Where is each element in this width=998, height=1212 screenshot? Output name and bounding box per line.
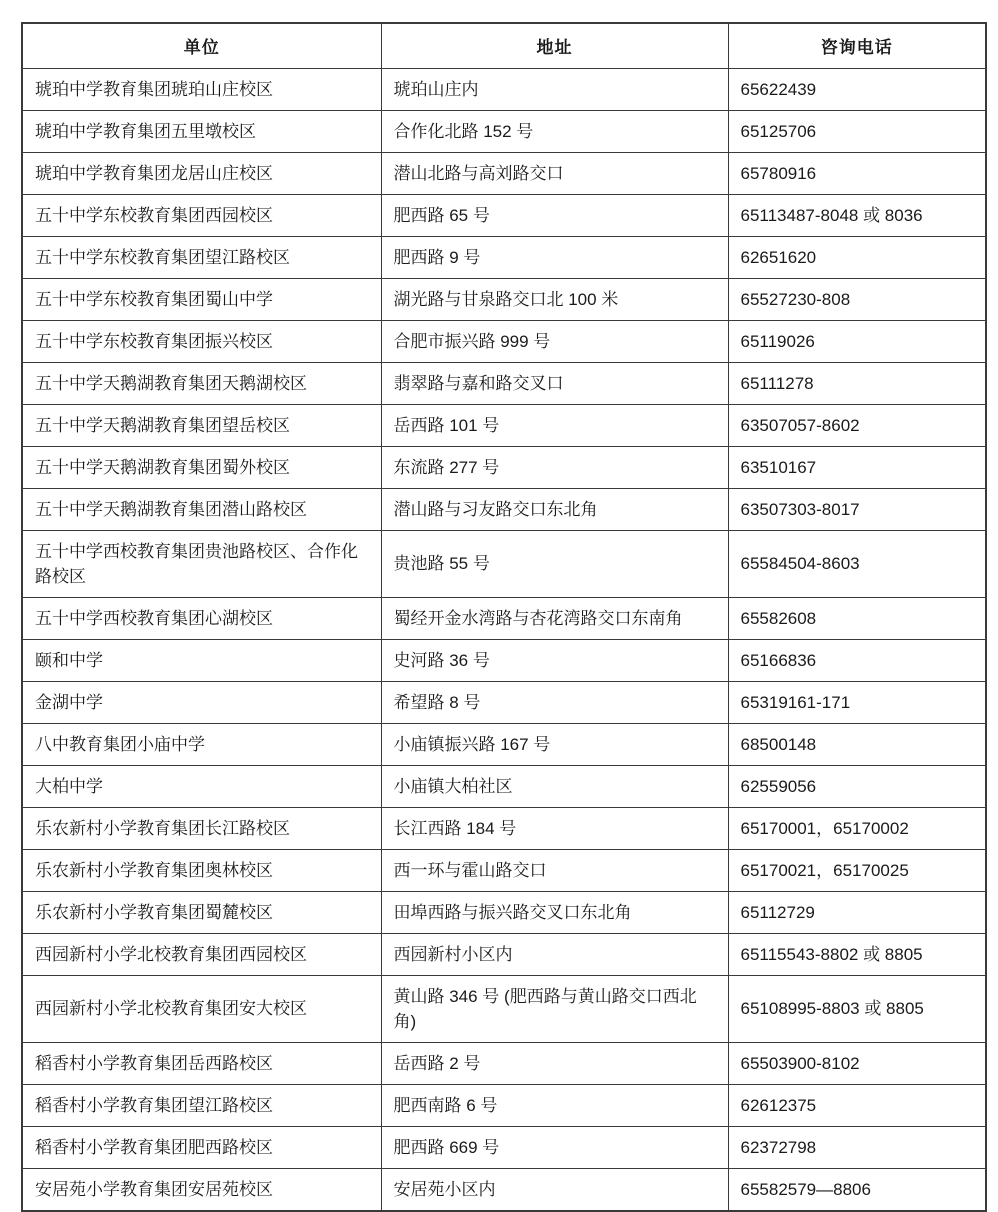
phone-cell: 62612375	[728, 1084, 986, 1126]
phone-cell: 68500148	[728, 723, 986, 765]
table-row: 琥珀中学教育集团龙居山庄校区 潜山北路与高刘路交口 65780916	[22, 152, 986, 194]
table-row: 西园新村小学北校教育集团安大校区 黄山路 346 号 (肥西路与黄山路交口西北角…	[22, 975, 986, 1042]
address-cell: 潜山路与习友路交口东北角	[381, 488, 728, 530]
phone-cell: 65527230-808	[728, 278, 986, 320]
unit-cell: 五十中学西校教育集团贵池路校区、合作化路校区	[22, 530, 381, 597]
school-contact-table-wrapper: 单位 地址 咨询电话 琥珀中学教育集团琥珀山庄校区 琥珀山庄内 65622439…	[21, 22, 985, 1212]
address-cell: 希望路 8 号	[381, 681, 728, 723]
table-row: 稻香村小学教育集团岳西路校区 岳西路 2 号 65503900-8102	[22, 1042, 986, 1084]
unit-cell: 五十中学东校教育集团蜀山中学	[22, 278, 381, 320]
table-row: 稻香村小学教育集团望江路校区 肥西南路 6 号 62612375	[22, 1084, 986, 1126]
address-cell: 黄山路 346 号 (肥西路与黄山路交口西北角)	[381, 975, 728, 1042]
table-header: 单位 地址 咨询电话	[22, 23, 986, 68]
header-phone: 咨询电话	[728, 23, 986, 68]
unit-cell: 琥珀中学教育集团五里墩校区	[22, 110, 381, 152]
address-cell: 长江西路 184 号	[381, 807, 728, 849]
phone-cell: 65113487-8048 或 8036	[728, 194, 986, 236]
phone-cell: 62559056	[728, 765, 986, 807]
phone-cell: 65108995-8803 或 8805	[728, 975, 986, 1042]
table-row: 五十中学西校教育集团心湖校区 蜀经开金水湾路与杏花湾路交口东南角 6558260…	[22, 597, 986, 639]
unit-cell: 琥珀中学教育集团琥珀山庄校区	[22, 68, 381, 110]
table-row: 安居苑小学教育集团安居苑校区 安居苑小区内 65582579—8806	[22, 1168, 986, 1211]
table-row: 金湖中学 希望路 8 号 65319161-171	[22, 681, 986, 723]
table-row: 八中教育集团小庙中学 小庙镇振兴路 167 号 68500148	[22, 723, 986, 765]
table-row: 乐农新村小学教育集团蜀麓校区 田埠西路与振兴路交叉口东北角 65112729	[22, 891, 986, 933]
address-cell: 小庙镇大柏社区	[381, 765, 728, 807]
phone-cell: 65125706	[728, 110, 986, 152]
address-cell: 湖光路与甘泉路交口北 100 米	[381, 278, 728, 320]
unit-cell: 五十中学西校教育集团心湖校区	[22, 597, 381, 639]
address-cell: 田埠西路与振兴路交叉口东北角	[381, 891, 728, 933]
unit-cell: 乐农新村小学教育集团长江路校区	[22, 807, 381, 849]
unit-cell: 西园新村小学北校教育集团西园校区	[22, 933, 381, 975]
table-row: 五十中学天鹅湖教育集团望岳校区 岳西路 101 号 63507057-8602	[22, 404, 986, 446]
phone-cell: 62372798	[728, 1126, 986, 1168]
address-cell: 东流路 277 号	[381, 446, 728, 488]
address-cell: 西一环与霍山路交口	[381, 849, 728, 891]
address-cell: 合肥市振兴路 999 号	[381, 320, 728, 362]
header-address: 地址	[381, 23, 728, 68]
phone-cell: 65115543-8802 或 8805	[728, 933, 986, 975]
table-row: 乐农新村小学教育集团长江路校区 长江西路 184 号 65170001，6517…	[22, 807, 986, 849]
unit-cell: 五十中学东校教育集团望江路校区	[22, 236, 381, 278]
phone-cell: 65503900-8102	[728, 1042, 986, 1084]
phone-cell: 62651620	[728, 236, 986, 278]
table-row: 五十中学天鹅湖教育集团天鹅湖校区 翡翠路与嘉和路交叉口 65111278	[22, 362, 986, 404]
unit-cell: 稻香村小学教育集团岳西路校区	[22, 1042, 381, 1084]
phone-cell: 65584504-8603	[728, 530, 986, 597]
phone-cell: 65582608	[728, 597, 986, 639]
address-cell: 史河路 36 号	[381, 639, 728, 681]
phone-cell: 65780916	[728, 152, 986, 194]
unit-cell: 稻香村小学教育集团肥西路校区	[22, 1126, 381, 1168]
address-cell: 贵池路 55 号	[381, 530, 728, 597]
unit-cell: 安居苑小学教育集团安居苑校区	[22, 1168, 381, 1211]
phone-cell: 65582579—8806	[728, 1168, 986, 1211]
table-row: 五十中学东校教育集团蜀山中学 湖光路与甘泉路交口北 100 米 65527230…	[22, 278, 986, 320]
unit-cell: 金湖中学	[22, 681, 381, 723]
unit-cell: 大柏中学	[22, 765, 381, 807]
phone-cell: 63507303-8017	[728, 488, 986, 530]
phone-cell: 63507057-8602	[728, 404, 986, 446]
unit-cell: 稻香村小学教育集团望江路校区	[22, 1084, 381, 1126]
address-cell: 肥西南路 6 号	[381, 1084, 728, 1126]
address-cell: 潜山北路与高刘路交口	[381, 152, 728, 194]
address-cell: 蜀经开金水湾路与杏花湾路交口东南角	[381, 597, 728, 639]
header-unit: 单位	[22, 23, 381, 68]
unit-cell: 琥珀中学教育集团龙居山庄校区	[22, 152, 381, 194]
school-contact-table: 单位 地址 咨询电话 琥珀中学教育集团琥珀山庄校区 琥珀山庄内 65622439…	[21, 22, 987, 1212]
address-cell: 合作化北路 152 号	[381, 110, 728, 152]
address-cell: 西园新村小区内	[381, 933, 728, 975]
unit-cell: 五十中学天鹅湖教育集团天鹅湖校区	[22, 362, 381, 404]
phone-cell: 63510167	[728, 446, 986, 488]
unit-cell: 五十中学天鹅湖教育集团蜀外校区	[22, 446, 381, 488]
unit-cell: 五十中学天鹅湖教育集团望岳校区	[22, 404, 381, 446]
phone-cell: 65319161-171	[728, 681, 986, 723]
phone-cell: 65111278	[728, 362, 986, 404]
table-row: 五十中学天鹅湖教育集团潜山路校区 潜山路与习友路交口东北角 63507303-8…	[22, 488, 986, 530]
table-row: 乐农新村小学教育集团奥林校区 西一环与霍山路交口 65170021，651700…	[22, 849, 986, 891]
header-row: 单位 地址 咨询电话	[22, 23, 986, 68]
unit-cell: 颐和中学	[22, 639, 381, 681]
phone-cell: 65170021，65170025	[728, 849, 986, 891]
table-body: 琥珀中学教育集团琥珀山庄校区 琥珀山庄内 65622439 琥珀中学教育集团五里…	[22, 68, 986, 1211]
unit-cell: 五十中学天鹅湖教育集团潜山路校区	[22, 488, 381, 530]
table-row: 五十中学天鹅湖教育集团蜀外校区 东流路 277 号 63510167	[22, 446, 986, 488]
address-cell: 小庙镇振兴路 167 号	[381, 723, 728, 765]
table-row: 稻香村小学教育集团肥西路校区 肥西路 669 号 62372798	[22, 1126, 986, 1168]
phone-cell: 65622439	[728, 68, 986, 110]
table-row: 颐和中学 史河路 36 号 65166836	[22, 639, 986, 681]
table-row: 五十中学西校教育集团贵池路校区、合作化路校区 贵池路 55 号 65584504…	[22, 530, 986, 597]
unit-cell: 五十中学东校教育集团西园校区	[22, 194, 381, 236]
table-row: 琥珀中学教育集团琥珀山庄校区 琥珀山庄内 65622439	[22, 68, 986, 110]
table-row: 大柏中学 小庙镇大柏社区 62559056	[22, 765, 986, 807]
address-cell: 翡翠路与嘉和路交叉口	[381, 362, 728, 404]
unit-cell: 五十中学东校教育集团振兴校区	[22, 320, 381, 362]
table-row: 西园新村小学北校教育集团西园校区 西园新村小区内 65115543-8802 或…	[22, 933, 986, 975]
table-row: 五十中学东校教育集团西园校区 肥西路 65 号 65113487-8048 或 …	[22, 194, 986, 236]
phone-cell: 65119026	[728, 320, 986, 362]
table-row: 五十中学东校教育集团振兴校区 合肥市振兴路 999 号 65119026	[22, 320, 986, 362]
address-cell: 岳西路 2 号	[381, 1042, 728, 1084]
unit-cell: 西园新村小学北校教育集团安大校区	[22, 975, 381, 1042]
unit-cell: 乐农新村小学教育集团蜀麓校区	[22, 891, 381, 933]
phone-cell: 65112729	[728, 891, 986, 933]
table-row: 琥珀中学教育集团五里墩校区 合作化北路 152 号 65125706	[22, 110, 986, 152]
address-cell: 肥西路 669 号	[381, 1126, 728, 1168]
table-row: 五十中学东校教育集团望江路校区 肥西路 9 号 62651620	[22, 236, 986, 278]
unit-cell: 乐农新村小学教育集团奥林校区	[22, 849, 381, 891]
address-cell: 琥珀山庄内	[381, 68, 728, 110]
unit-cell: 八中教育集团小庙中学	[22, 723, 381, 765]
phone-cell: 65170001，65170002	[728, 807, 986, 849]
address-cell: 肥西路 9 号	[381, 236, 728, 278]
phone-cell: 65166836	[728, 639, 986, 681]
address-cell: 岳西路 101 号	[381, 404, 728, 446]
address-cell: 安居苑小区内	[381, 1168, 728, 1211]
address-cell: 肥西路 65 号	[381, 194, 728, 236]
